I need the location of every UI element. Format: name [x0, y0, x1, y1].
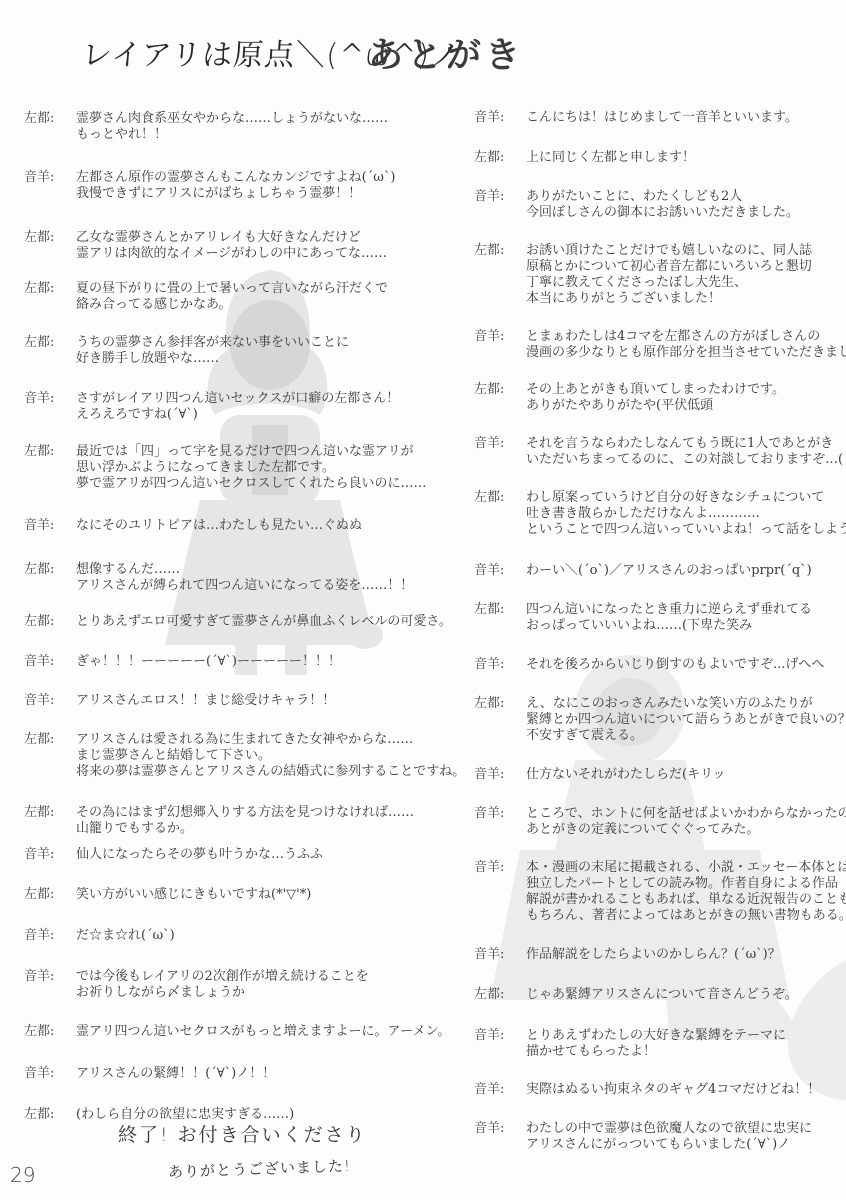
dialogue-entry: 左都:四つん這いになったとき重力に逆らえず垂れてるおっぱっていいいよね……(下卑… [474, 602, 812, 634]
dialogue-line: 夏の昼下がりに畳の上で暑いって言いながら汗だくで [76, 281, 388, 297]
dialogue-line: 想像するんだ…… [76, 562, 413, 578]
dialogue-line: 我慢できずにアリスにがばちょしちゃう霊夢！！ [76, 186, 395, 202]
speaker-label: 左都: [24, 1024, 76, 1040]
speaker-label: 音羊: [474, 110, 526, 126]
dialogue-line: 丁寧に教えてくださったぼし大先生、 [526, 275, 812, 291]
dialogue-line: ありがたいことに、わたくしども2人 [526, 189, 799, 205]
dialogue-entry: 左都:霊夢さん肉食系巫女やからな……しょうがないな……もっとやれ！！ [24, 111, 388, 143]
dialogue-entry: 左都:笑い方がいい感じにきもいですね(*'▽'*) [24, 887, 311, 903]
dialogue-line: まじ霊夢さんと結婚して下さい。 [76, 748, 465, 764]
dialogue-line: 今回ぼしさんの御本にお誘いいただきました。 [526, 205, 799, 221]
dialogue-line: 将来の夢は霊夢さんとアリスさんの結婚式に参列することですね。 [76, 764, 465, 780]
dialogue-line: えろえろですね(´∀`) [76, 407, 399, 423]
speaker-label: 左都: [474, 490, 526, 506]
speaker-label: 音羊: [24, 170, 76, 186]
dialogue-line: 原稿とかについて初心者音左都にいろいろと懇切 [526, 259, 812, 275]
speaker-label: 音羊: [24, 1066, 76, 1082]
speaker-label: 音羊: [474, 806, 526, 822]
speaker-label: 左都: [24, 562, 76, 578]
dialogue-line: アリスさんにがっついてもらいました(´∀`)ノ [526, 1137, 812, 1153]
speaker-label: 左都: [24, 335, 76, 351]
dialogue-line: 独立したパートとしての読み物。作者自身による作品 [526, 876, 846, 892]
dialogue-line: もっとやれ！！ [76, 127, 388, 143]
dialogue-line: さすがレイアリ四つん這いセックスが口癖の左都さん！ [76, 391, 399, 407]
dialogue-line: ということで四つん這いっていいよね！って話をしよう！！ [526, 522, 846, 538]
dialogue-line: 霊アリ四つん這いセクロスがもっと増えますよーに。アーメン。 [76, 1024, 450, 1040]
dialogue-line: お祈りしながら〆ましょうか [76, 985, 369, 1001]
dialogue-line: 笑い方がいい感じにきもいですね(*'▽'*) [76, 887, 311, 903]
dialogue-entry: 左都:うちの霊夢さん参拝客が来ない事をいいことに好き勝手し放題やな…… [24, 335, 349, 367]
dialogue-line: ありがたやありがたや(平伏低頭 [526, 398, 785, 414]
speaker-label: 音羊: [474, 189, 526, 205]
dialogue-line: それを言うならわたしなんてもう既に1人であとがき [526, 436, 846, 452]
speaker-label: 左都: [24, 230, 76, 246]
dialogue-entry: 音羊:それを後ろからいじり倒すのもよいですぞ...げへへ [474, 657, 824, 673]
speaker-label: 音羊: [474, 1121, 526, 1137]
dialogue-line: 霊夢さん肉食系巫女やからな……しょうがないな…… [76, 111, 388, 127]
dialogue-line: じゃあ緊縛アリスさんについて音さんどうぞ。 [526, 987, 798, 1003]
dialogue-line: わし原案っていうけど自分の好きなシチュについて [526, 490, 846, 506]
dialogue-line: 本・漫画の末尾に掲載される、小説・エッセー本体とは [526, 860, 846, 876]
dialogue-line: 左都さん原作の霊夢さんもこんなカンジですよね(´ω`) [76, 170, 395, 186]
dialogue-line: おっぱっていいいよね……(下卑た笑み [526, 618, 812, 634]
dialogue-line: こんにちは！はじめまして一音羊といいます。 [526, 110, 798, 126]
dialogue-line: わーい＼(´o`)／アリスさんのおっぱいprpr(´q`) [526, 563, 812, 579]
dialogue-entry: 音羊:左都さん原作の霊夢さんもこんなカンジですよね(´ω`)我慢できずにアリスに… [24, 170, 395, 202]
speaker-label: 音羊: [24, 969, 76, 985]
speaker-label: 左都: [474, 243, 526, 259]
speaker-label: 左都: [24, 614, 76, 630]
dialogue-line: 不安すぎて震える。 [526, 728, 846, 744]
speaker-label: 左都: [24, 444, 76, 460]
dialogue-entry: 音羊:それを言うならわたしなんてもう既に1人であとがきいただいちまってるのに、こ… [474, 436, 846, 468]
speaker-label: 音羊: [474, 1082, 526, 1098]
speaker-label: 左都: [474, 602, 526, 618]
dialogue-entry: 音羊:とまぁわたしは4コマを左都さんの方がぼしさんの漫画の多少なりとも原作部分を… [474, 329, 846, 361]
dialogue-line: 緊縛とか四つん這いについて語らうあとがきで良いの？ [526, 712, 846, 728]
speaker-label: 左都: [474, 150, 526, 166]
dialogue-entry: 音羊:とりあえずわたしの大好きな緊縛をテーマに描かせてもらったよ！ [474, 1028, 786, 1060]
speaker-label: 音羊: [24, 847, 76, 863]
dialogue-entry: 音羊:さすがレイアリ四つん這いセックスが口癖の左都さん！えろえろですね(´∀`) [24, 391, 399, 423]
dialogue-entry: 音羊:わーい＼(´o`)／アリスさんのおっぱいprpr(´q`) [474, 563, 812, 579]
speaker-label: 左都: [474, 382, 526, 398]
dialogue-entry: 左都:上に同じく左都と申します！ [474, 150, 695, 166]
dialogue-line: え、なにこのおっさんみたいな笑い方のふたりが [526, 696, 846, 712]
speaker-label: 左都: [474, 696, 526, 712]
dialogue-line: アリスさんの緊縛！！(´∀`)ノ！！ [76, 1066, 275, 1082]
dialogue-entry: 音羊:ところで、ホントに何を話せばよいかわからなかったのであとがきの定義について… [474, 806, 846, 838]
speaker-label: 音羊: [474, 947, 526, 963]
closing-message-line-2: ありがとうございました! [168, 1155, 352, 1182]
dialogue-line: お誘い頂けたことだけでも嬉しいなのに、同人誌 [526, 243, 812, 259]
dialogue-entry: 音羊:ぎゃ！！！ーーーーー(´∀`)ーーーーー！！！ [24, 654, 341, 670]
page-number: 29 [10, 1163, 35, 1187]
dialogue-entry: 音羊:ありがたいことに、わたくしども2人今回ぼしさんの御本にお誘いいただきました… [474, 189, 799, 221]
speaker-label: 音羊: [24, 693, 76, 709]
dialogue-line: あとがきの定義についてぐぐってみた。 [526, 822, 846, 838]
dialogue-line: その為にはまず幻想郷入りする方法を見つけなければ…… [76, 805, 414, 821]
afterword-page: レイアリは原点＼(^ω^)ノ あとがき 左都:霊夢さん肉食系巫女やからな……しょ… [0, 0, 846, 1200]
dialogue-line: とりあえずわたしの大好きな緊縛をテーマに [526, 1028, 786, 1044]
dialogue-entry: 音羊:本・漫画の末尾に掲載される、小説・エッセー本体とは独立したパートとしての読… [474, 860, 846, 924]
closing-message-line-1: 終了! お付き合いくださり [118, 1120, 367, 1147]
dialogue-line: 乙女な霊夢さんとかアリレイも大好きなんだけど [76, 230, 387, 246]
speaker-label: 音羊: [474, 436, 526, 452]
dialogue-line: 本当にありがとうございました！ [526, 291, 812, 307]
speaker-label: 左都: [24, 111, 76, 127]
dialogue-line: とまぁわたしは4コマを左都さんの方がぼしさんの [526, 329, 846, 345]
dialogue-entry: 音羊:作品解説をしたらよいのかしらん？(´ω`)？ [474, 947, 781, 963]
dialogue-line: 吐き書き散らかしただけなんよ………… [526, 506, 846, 522]
dialogue-line: それを後ろからいじり倒すのもよいですぞ...げへへ [526, 657, 824, 673]
speaker-label: 左都: [24, 805, 76, 821]
dialogue-entry: 左都:想像するんだ……アリスさんが縛られて四つん這いになってる姿を……！！ [24, 562, 413, 594]
dialogue-entry: 左都:乙女な霊夢さんとかアリレイも大好きなんだけど霊アリは肉欲的なイメージがわし… [24, 230, 387, 262]
dialogue-line: もちろん、著者によってはあとがきの無い書物もある。 [526, 908, 846, 924]
dialogue-entry: 音羊:こんにちは！はじめまして一音羊といいます。 [474, 110, 798, 126]
dialogue-entry: 音羊:では今後もレイアリの2次創作が増え続けることをお祈りしながら〆ましょうか [24, 969, 369, 1001]
dialogue-entry: 左都:アリスさんは愛される為に生まれてきた女神やからな……まじ霊夢さんと結婚して… [24, 732, 465, 780]
speaker-label: 左都: [24, 732, 76, 748]
dialogue-line: 山籠りでもするか。 [76, 821, 414, 837]
dialogue-entry: 左都:わし原案っていうけど自分の好きなシチュについて吐き書き散らかしただけなんよ… [474, 490, 846, 538]
dialogue-line: 描かせてもらったよ！ [526, 1044, 786, 1060]
speaker-label: 音羊: [24, 391, 76, 407]
dialogue-line: 仕方ないそれがわたしらだ(キリッ [526, 767, 726, 783]
dialogue-entry: 音羊:だ☆ま☆れ(´ω`) [24, 928, 175, 944]
dialogue-line: 霊アリは肉欲的なイメージがわしの中にあってな…… [76, 246, 387, 262]
dialogue-line: 最近では「四」って字を見るだけで四つん這いな霊アリが [76, 444, 426, 460]
dialogue-line: 好き勝手し放題やな…… [76, 351, 349, 367]
dialogue-entry: 音羊:実際はぬるい拘束ネタのギャグ4コマだけどね！！ [474, 1082, 820, 1098]
dialogue-entry: 左都:とりあえずエロ可愛すぎて霊夢さんが鼻血ふくレベルの可愛さ。 [24, 614, 452, 630]
dialogue-line: アリスさんは愛される為に生まれてきた女神やからな…… [76, 732, 465, 748]
speaker-label: 音羊: [24, 928, 76, 944]
dialogue-entry: 左都:お誘い頂けたことだけでも嬉しいなのに、同人誌原稿とかについて初心者音左都に… [474, 243, 812, 307]
dialogue-line: 解説が書かれることもあれば、単なる近況報告のこともある。 [526, 892, 846, 908]
dialogue-line: 上に同じく左都と申します！ [526, 150, 695, 166]
speaker-label: 音羊: [474, 657, 526, 673]
dialogue-entry: 音羊:仕方ないそれがわたしらだ(キリッ [474, 767, 726, 783]
dialogue-entry: 左都:夏の昼下がりに畳の上で暑いって言いながら汗だくで絡み合ってる感じかなあ。 [24, 281, 388, 313]
dialogue-line: では今後もレイアリの2次創作が増え続けることを [76, 969, 369, 985]
dialogue-line: 仙人になったらその夢も叶うかな…うふふ [76, 847, 323, 863]
dialogue-entry: 左都:じゃあ緊縛アリスさんについて音さんどうぞ。 [474, 987, 798, 1003]
page-title: あとがき [368, 28, 524, 78]
dialogue-line: だ☆ま☆れ(´ω`) [76, 928, 175, 944]
speaker-label: 音羊: [474, 329, 526, 345]
speaker-label: 音羊: [474, 860, 526, 876]
speaker-label: 左都: [24, 281, 76, 297]
dialogue-line: 作品解説をしたらよいのかしらん？(´ω`)？ [526, 947, 781, 963]
dialogue-entry: 左都:その為にはまず幻想郷入りする方法を見つけなければ……山籠りでもするか。 [24, 805, 414, 837]
dialogue-line: アリスさんが縛られて四つん這いになってる姿を……！！ [76, 578, 413, 594]
dialogue-entry: 音羊:仙人になったらその夢も叶うかな…うふふ [24, 847, 323, 863]
dialogue-line: 絡み合ってる感じかなあ。 [76, 297, 388, 313]
speaker-label: 左都: [24, 887, 76, 903]
speaker-label: 音羊: [474, 1028, 526, 1044]
dialogue-line: なにそのユリトピアは…わたしも見たい…ぐぬぬ [76, 518, 362, 534]
dialogue-line: 思い浮かぶようになってきました左都です。 [76, 460, 426, 476]
dialogue-line: わたしの中で霊夢は色欲魔人なので欲望に忠実に [526, 1121, 812, 1137]
dialogue-line: いただいちまってるのに、この対談しておりますぞ…(´ω`) [526, 452, 846, 468]
dialogue-entry: 左都:その上あとがきも頂いてしまったわけです。ありがたやありがたや(平伏低頭 [474, 382, 785, 414]
dialogue-entry: 左都:霊アリ四つん這いセクロスがもっと増えますよーに。アーメン。 [24, 1024, 450, 1040]
speaker-label: 音羊: [24, 654, 76, 670]
dialogue-line: ところで、ホントに何を話せばよいかわからなかったので [526, 806, 846, 822]
dialogue-line: 実際はぬるい拘束ネタのギャグ4コマだけどね！！ [526, 1082, 820, 1098]
dialogue-entry: 左都:最近では「四」って字を見るだけで四つん這いな霊アリが思い浮かぶようになって… [24, 444, 426, 492]
speaker-label: 音羊: [24, 518, 76, 534]
dialogue-line: 四つん這いになったとき重力に逆らえず垂れてる [526, 602, 812, 618]
dialogue-entry: 左都:え、なにこのおっさんみたいな笑い方のふたりが緊縛とか四つん這いについて語ら… [474, 696, 846, 744]
dialogue-entry: 音羊:アリスさんの緊縛！！(´∀`)ノ！！ [24, 1066, 275, 1082]
speaker-label: 左都: [474, 987, 526, 1003]
dialogue-entry: 音羊:アリスさんエロス！！まじ総受けキャラ！！ [24, 693, 335, 709]
dialogue-line: うちの霊夢さん参拝客が来ない事をいいことに [76, 335, 349, 351]
speaker-label: 音羊: [474, 767, 526, 783]
speaker-label: 音羊: [474, 563, 526, 579]
dialogue-line: 夢で霊アリが四つん這いセクロスしてくれたら良いのに…… [76, 476, 426, 492]
dialogue-entry: 音羊:わたしの中で霊夢は色欲魔人なので欲望に忠実にアリスさんにがっついてもらいま… [474, 1121, 812, 1153]
dialogue-line: ぎゃ！！！ーーーーー(´∀`)ーーーーー！！！ [76, 654, 341, 670]
dialogue-line: とりあえずエロ可愛すぎて霊夢さんが鼻血ふくレベルの可愛さ。 [76, 614, 452, 630]
dialogue-line: 漫画の多少なりとも原作部分を担当させていただきました。 [526, 345, 846, 361]
dialogue-line: その上あとがきも頂いてしまったわけです。 [526, 382, 785, 398]
speaker-label: 左都: [24, 1107, 76, 1123]
dialogue-entry: 音羊:なにそのユリトピアは…わたしも見たい…ぐぬぬ [24, 518, 362, 534]
dialogue-line: アリスさんエロス！！まじ総受けキャラ！！ [76, 693, 335, 709]
